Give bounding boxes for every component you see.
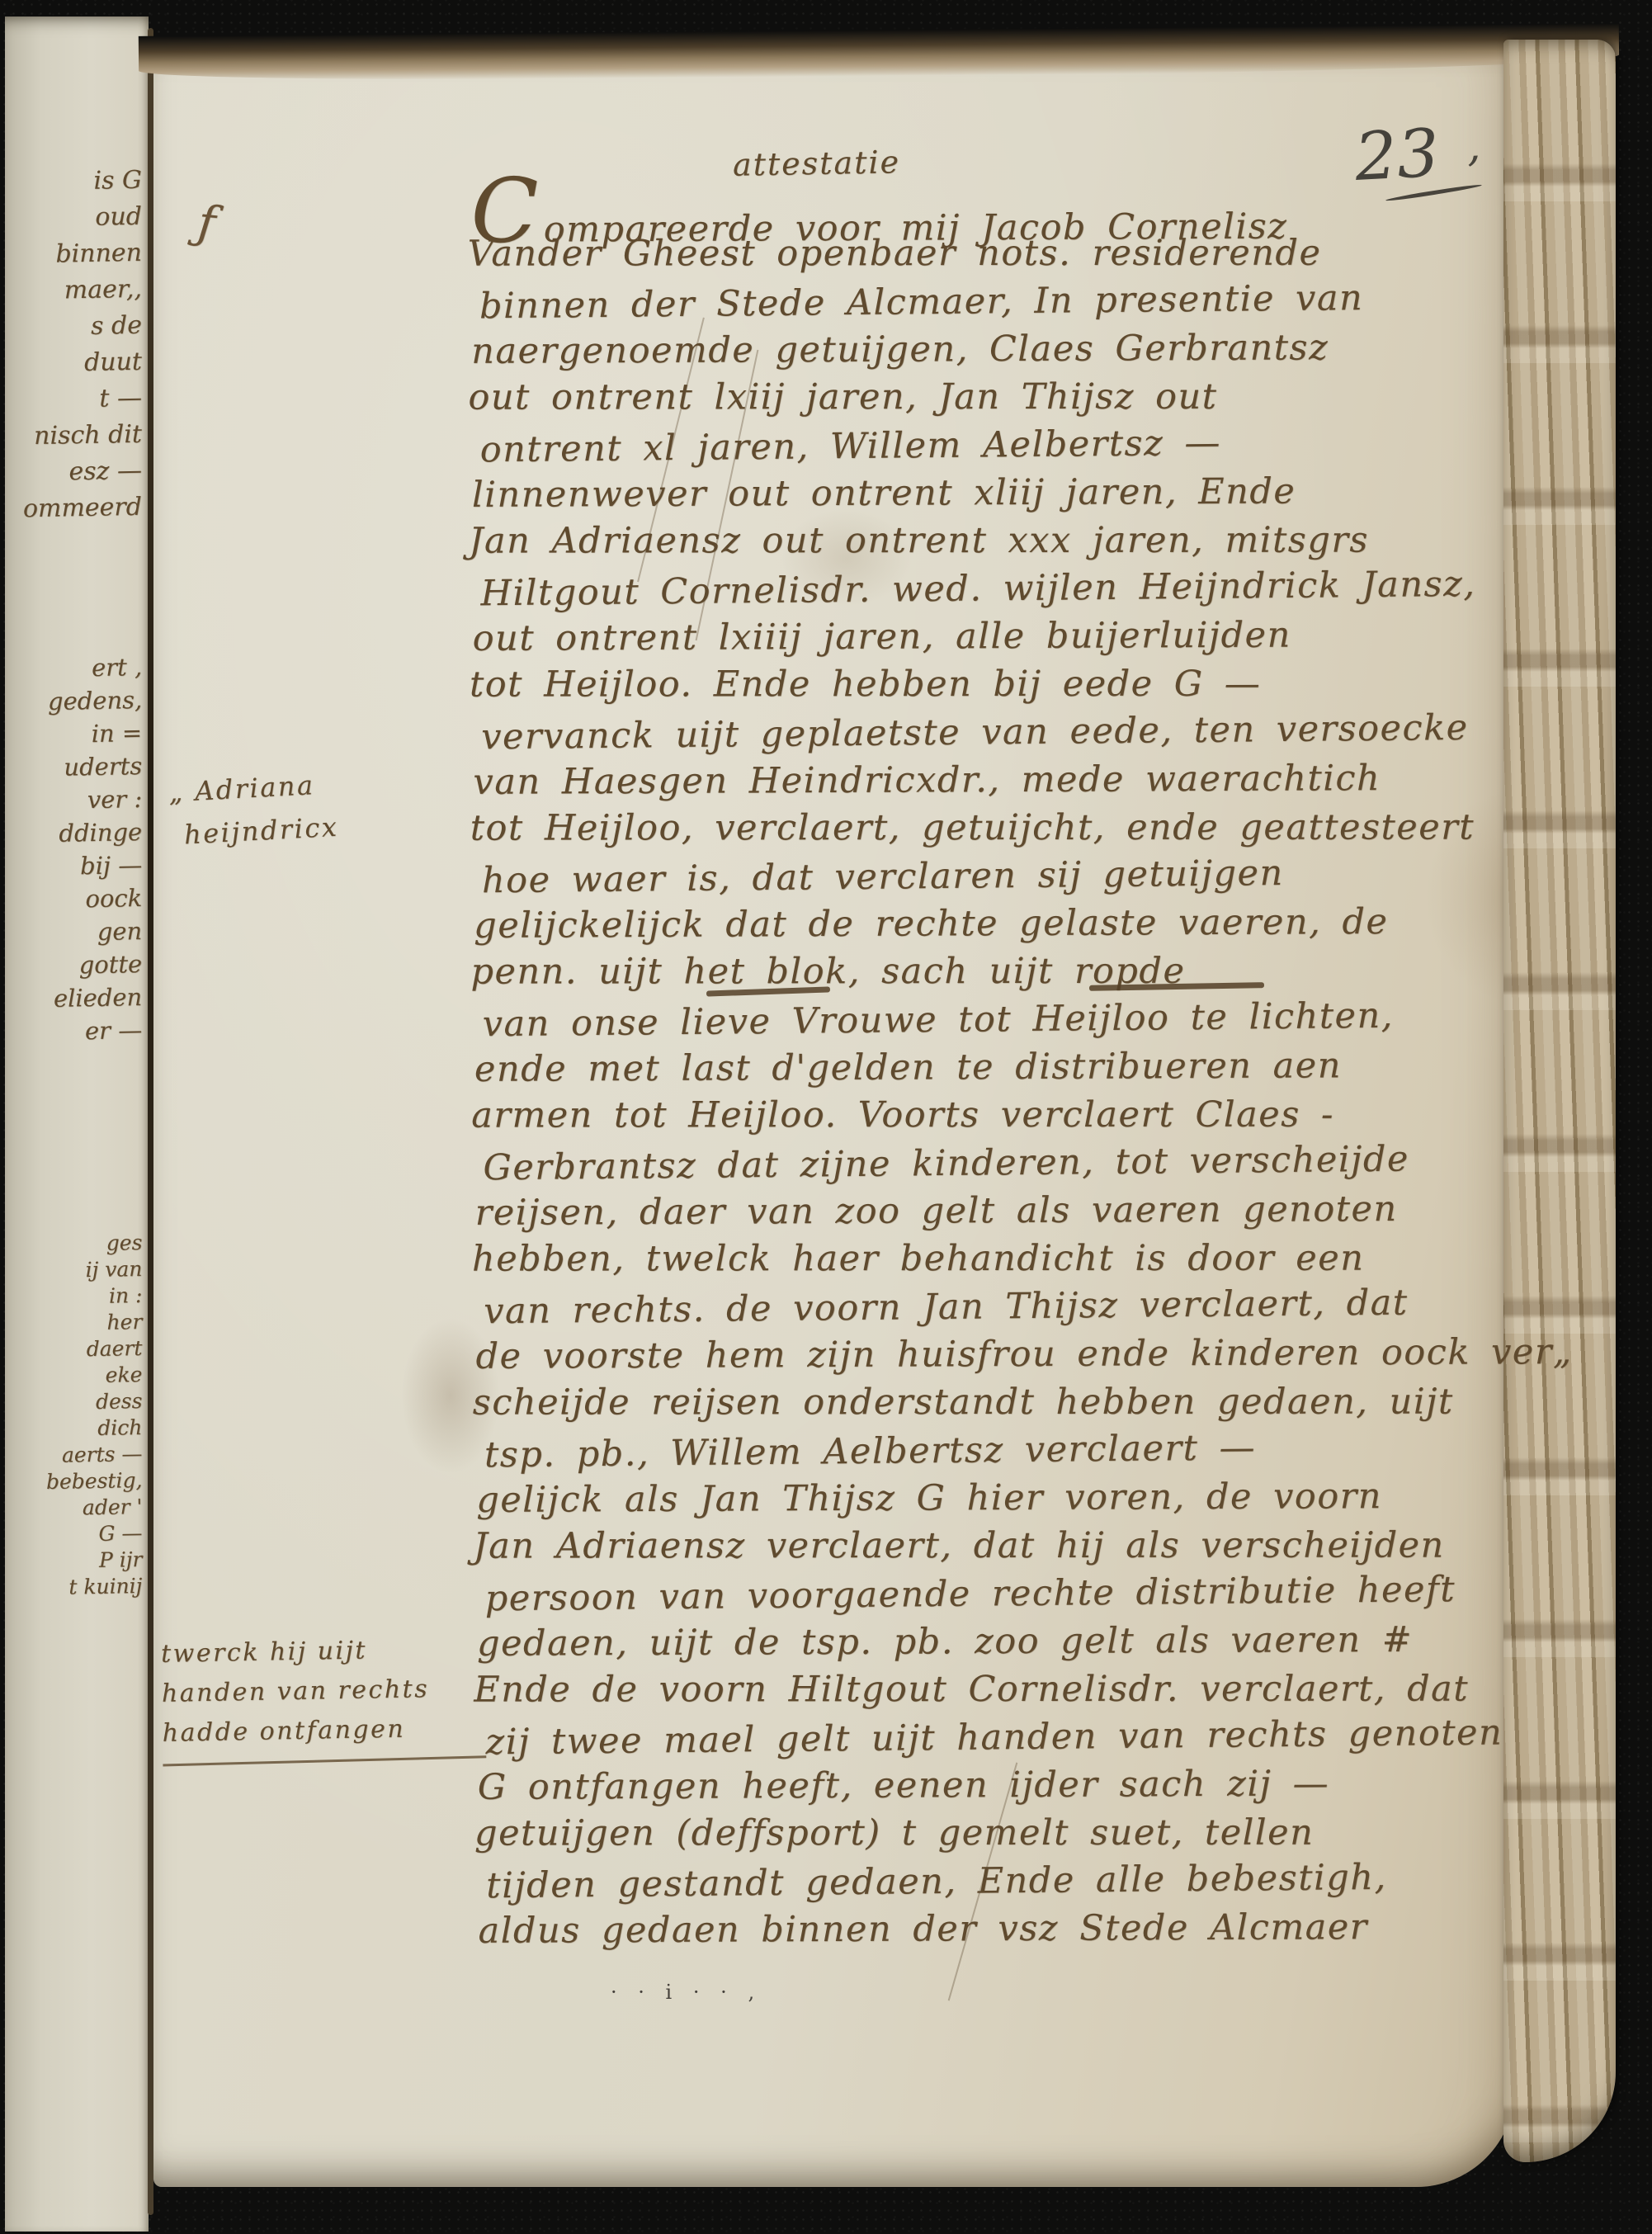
manuscript-line: aldus gedaen binnen der vsz Stede Alcmae… <box>478 1906 1574 1958</box>
facing-page-text-fragment: maer,, <box>23 275 143 314</box>
end-flourish-mark: · · i · · ‚ <box>611 1981 762 2004</box>
facing-page-fragments-bottom: gesij vanin :herdaertekedessdichaerts —b… <box>46 1231 142 1601</box>
manuscript-line: hoe waer is, dat verclaren sij getuijgen <box>482 850 1571 909</box>
manuscript-line: ende met last d'gelden te distribueren a… <box>474 1044 1571 1097</box>
facing-page-text-fragment: bij — <box>47 851 142 886</box>
facing-page-text-fragment: elieden <box>47 983 142 1018</box>
facing-page-text-fragment: gotte <box>47 950 142 985</box>
facing-page-fragments-middle: ert ,gedens,in =udertsver :ddingebij —oo… <box>48 654 142 1050</box>
manuscript-line: ontrent xl jaren, Willem Aelbertsz — <box>479 419 1569 478</box>
manuscript-line: zij twee mael gelt uijt handen van recht… <box>485 1712 1574 1770</box>
manuscript-line: tot Heijloo, verclaert, getuijcht, ende … <box>470 806 1570 855</box>
manuscript-line: persoon van voorgaende rechte distributi… <box>485 1568 1574 1627</box>
margin-note-adriana-heijndricx: „ Adrianaheijndricx <box>168 768 339 862</box>
manuscript-line: tsp. pb., Willem Aelbertsz verclaert — <box>484 1424 1574 1483</box>
facing-page-text-fragment: ij van <box>45 1257 142 1285</box>
manuscript-line: van rechts. de voorn Jan Thijsz verclaer… <box>484 1281 1573 1339</box>
facing-page-text-fragment: G — <box>45 1521 142 1549</box>
facing-page-text-fragment: ader ' <box>45 1495 142 1523</box>
facing-page-text-fragment: binnen <box>23 239 143 277</box>
facing-page-text-fragment: dich <box>45 1415 142 1443</box>
body-text: Compareerde voor mij Jacob CorneliszVand… <box>470 182 1574 1958</box>
manuscript-line: binnen der Stede Alcmaer, In presentie v… <box>479 276 1569 334</box>
manuscript-line: Jan Adriaensz out ontrent xxx jaren, mit… <box>469 519 1569 568</box>
facing-page-text-fragment: ges <box>45 1230 142 1259</box>
facing-page-text-fragment: uderts <box>47 752 142 786</box>
facing-page-text-fragment: t — <box>23 384 143 423</box>
facing-page-text-fragment: esz — <box>23 456 143 495</box>
manuscript-line: Ende de voorn Hiltgout Cornelisdr. vercl… <box>474 1668 1574 1717</box>
margin-note-line: hadde ontfangen <box>162 1714 430 1759</box>
facing-page-text-fragment: her <box>45 1310 142 1338</box>
facing-page-text-fragment: ver : <box>47 785 142 819</box>
manuscript-line: scheijde reijsen onderstandt hebben geda… <box>473 1381 1573 1429</box>
manuscript-line: Vander Gheest openbaer nots. residerende <box>468 232 1568 281</box>
manuscript-line: hebben, twelck haer behandicht is door e… <box>472 1237 1572 1286</box>
facing-page-text-fragment: gen <box>47 917 142 952</box>
facing-page-text-fragment: in = <box>47 719 142 753</box>
facing-page-text-fragment: ert , <box>47 653 142 687</box>
facing-page-text-fragment: ddinge <box>47 818 142 853</box>
facing-page-text-fragment: daert <box>45 1336 142 1364</box>
manuscript-line: penn. uijt het blok, sach uijt ropde <box>470 950 1570 999</box>
facing-page-text-fragment: s de <box>23 311 143 350</box>
margin-note-line: handen van rechts <box>162 1674 430 1719</box>
margin-note-line: heijndricx <box>183 811 340 862</box>
margin-note-line: twerck hij uijt <box>161 1635 429 1679</box>
manuscript-line: van Haesgen Heindricxdr., mede waerachti… <box>473 757 1569 810</box>
facing-page-text-fragment: duut <box>23 347 143 386</box>
manuscript-line: G ontfangen heeft, eenen ijder sach zij … <box>478 1762 1574 1815</box>
facing-page-text-fragment: ommeerd <box>23 493 143 531</box>
facing-page-fragments-top: is Goudbinnenmaer,,s deduutt —nisch dite… <box>23 167 142 530</box>
manuscript-line: gedaen, uijt de tsp. pb. zoo gelt als va… <box>477 1618 1574 1671</box>
manuscript-line: de voorste hem zijn huisfrou ende kinder… <box>475 1331 1572 1384</box>
manuscript-line: out ontrent lxiij jaren, Jan Thijsz out <box>468 375 1568 424</box>
manuscript-line: vervanck uijt geplaetste van eede, ten v… <box>481 706 1570 765</box>
manuscript-line: linnenwever out ontrent xliij jaren, End… <box>472 470 1569 522</box>
manuscript-line: van onse lieve Vrouwe tot Heijloo te lic… <box>482 994 1571 1052</box>
manuscript-line: Hiltgout Cornelisdr. wed. wijlen Heijndr… <box>480 563 1569 621</box>
facing-page-text-fragment: bebestig, <box>45 1468 142 1496</box>
manuscript-line: gelijck als Jan Thijsz G hier voren, de … <box>476 1475 1573 1528</box>
manuscript-line: reijsen, daer van zoo gelt als vaeren ge… <box>475 1188 1572 1240</box>
facing-page-text-fragment: oud <box>23 202 143 241</box>
manuscript-line: Compareerde voor mij Jacob Cornelisz <box>470 182 1567 235</box>
facing-page-text-fragment: oock <box>47 884 142 919</box>
facing-page-edge: is Goudbinnenmaer,,s deduutt —nisch dite… <box>5 17 149 2232</box>
facing-page-text-fragment: in : <box>45 1283 142 1311</box>
manuscript-line: out ontrent lxiiij jaren, alle buijerlui… <box>473 613 1569 666</box>
facing-page-text-fragment: eke <box>45 1363 142 1391</box>
facing-page-text-fragment: nisch dit <box>23 420 143 459</box>
manuscript-line: tijden gestandt gedaen, Ende alle bebest… <box>486 1855 1575 1914</box>
page-heading: attestatie <box>733 144 901 183</box>
manuscript-scan: is Goudbinnenmaer,,s deduutt —nisch dite… <box>0 0 1652 2234</box>
facing-page-text-fragment: dess <box>45 1389 142 1417</box>
facing-page-text-fragment: aerts — <box>45 1442 142 1470</box>
facing-page-text-fragment: P ijr <box>45 1547 142 1575</box>
folio-comma-mark: , <box>1466 121 1482 172</box>
manuscript-line: armen tot Heijloo. Voorts verclaert Clae… <box>471 1093 1571 1142</box>
manuscript-line: Gerbrantsz dat zijne kinderen, tot versc… <box>483 1137 1572 1196</box>
manuscript-line: Jan Adriaensz verclaert, dat hij als ver… <box>474 1524 1574 1573</box>
manuscript-line: getuijgen (deffsport) t gemelt suet, tel… <box>474 1811 1574 1860</box>
manuscript-line: gelijckelijck dat de rechte gelaste vaer… <box>474 900 1570 953</box>
facing-page-text-fragment: t kuinij <box>45 1574 142 1602</box>
facing-page-text-fragment: gedens, <box>47 686 142 720</box>
manuscript-line: tot Heijloo. Ende hebben bij eede G — <box>470 663 1569 711</box>
facing-page-text-fragment: er — <box>47 1016 142 1051</box>
margin-note-hadde-ontfangen: twerck hij uijthanden van rechtshadde on… <box>161 1635 431 1759</box>
binding-gutter <box>148 28 153 2215</box>
manuscript-line: naergenoemde getuijgen, Claes Gerbrantsz <box>471 326 1568 379</box>
facing-page-text-fragment: is G <box>23 166 143 205</box>
